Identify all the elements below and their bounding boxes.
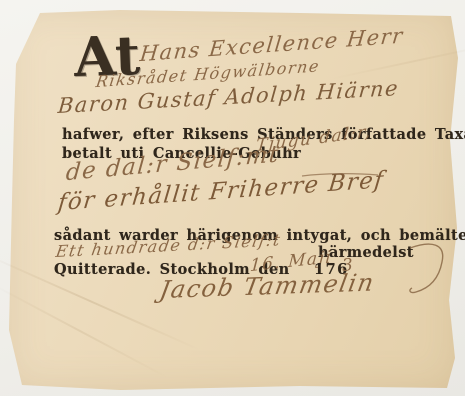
ink-underline [300,170,380,180]
signature-flourish [406,238,454,300]
scan-background: At Hans Excellence Herr Riksrådet Högwäl… [0,0,465,396]
